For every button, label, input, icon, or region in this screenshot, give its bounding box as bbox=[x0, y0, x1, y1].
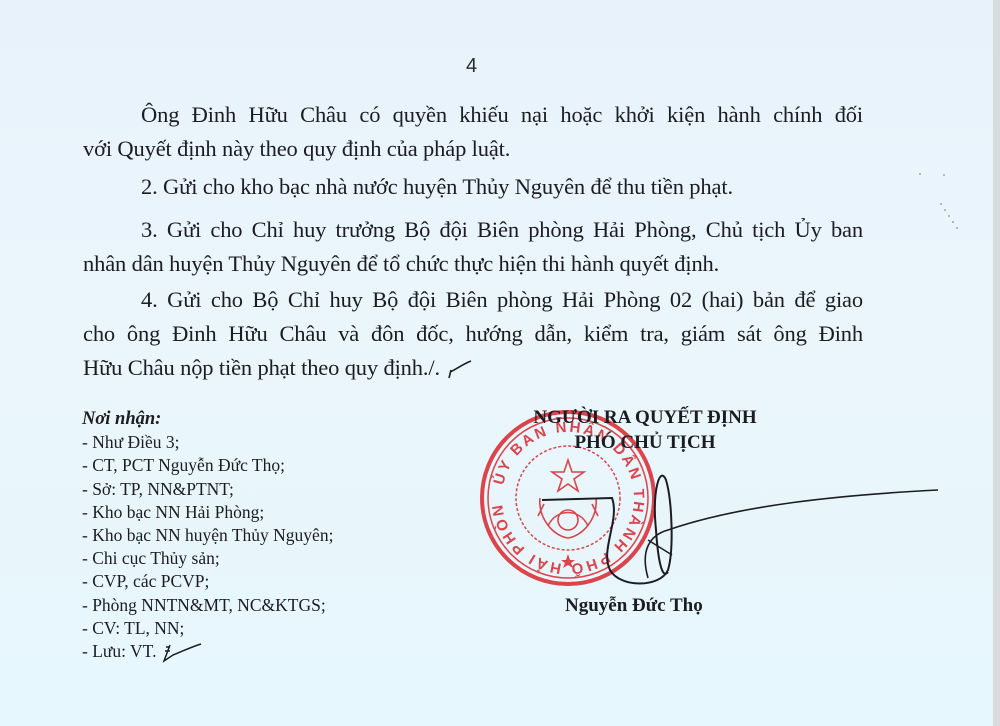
paragraph-line: Ông Đinh Hữu Châu có quyền khiếu nại hoặ… bbox=[83, 98, 863, 132]
recipient-text: - Lưu: VT. bbox=[82, 641, 156, 661]
recipient-item: - Kho bạc NN Hải Phòng; bbox=[82, 501, 333, 524]
scan-speck bbox=[940, 203, 942, 205]
scan-speck bbox=[944, 209, 946, 211]
recipient-item: - Sở: TP, NN&PTNT; bbox=[82, 478, 333, 501]
scan-speck bbox=[952, 221, 954, 223]
page-number: 4 bbox=[466, 55, 477, 78]
recipient-item-last: - Lưu: VT. bbox=[82, 640, 333, 663]
document-page: 4 Ông Đinh Hữu Châu có quyền khiếu nại h… bbox=[0, 0, 993, 726]
signer-position: PHÓ CHỦ TỊCH bbox=[490, 430, 800, 455]
scan-speck bbox=[956, 227, 958, 229]
handwritten-signature bbox=[540, 460, 940, 590]
recipient-item: - CV: TL, NN; bbox=[82, 617, 333, 640]
recipient-item: - Chi cục Thủy sản; bbox=[82, 547, 333, 570]
recipient-item: - Như Điều 3; bbox=[82, 431, 333, 454]
recipients-list: Nơi nhận: - Như Điều 3; - CT, PCT Nguyễn… bbox=[82, 408, 333, 663]
paragraph-item-2: 2. Gửi cho kho bạc nhà nước huyện Thủy N… bbox=[83, 170, 863, 204]
scan-speck bbox=[948, 215, 950, 217]
paragraph-line: nhân dân huyện Thủy Nguyên để tổ chức th… bbox=[83, 247, 863, 281]
recipient-item: - Phòng NNTN&MT, NC&KTGS; bbox=[82, 594, 333, 617]
recipients-title: Nơi nhận: bbox=[82, 408, 333, 431]
paragraph-line: 3. Gửi cho Chỉ huy trưởng Bộ đội Biên ph… bbox=[83, 213, 863, 247]
paragraph-line: với Quyết định này theo quy định của phá… bbox=[83, 132, 863, 166]
initial-mark-icon bbox=[161, 643, 203, 663]
scan-speck bbox=[919, 173, 921, 175]
recipient-item: - Kho bạc NN huyện Thủy Nguyên; bbox=[82, 524, 333, 547]
scan-speck bbox=[943, 174, 945, 176]
initial-mark-icon bbox=[445, 360, 473, 380]
paragraph-text: Hữu Châu nộp tiền phạt theo quy định./. bbox=[83, 355, 440, 380]
signer-name: Nguyễn Đức Thọ bbox=[565, 595, 703, 617]
paragraph-line: 4. Gửi cho Bộ Chỉ huy Bộ đội Biên phòng … bbox=[83, 283, 863, 317]
signature-block: NGƯỜI RA QUYẾT ĐỊNH PHÓ CHỦ TỊCH bbox=[490, 405, 800, 455]
paragraph-item-3: 3. Gửi cho Chỉ huy trưởng Bộ đội Biên ph… bbox=[83, 213, 863, 281]
paragraph-complaint-right: Ông Đinh Hữu Châu có quyền khiếu nại hoặ… bbox=[83, 98, 863, 166]
signer-role: NGƯỜI RA QUYẾT ĐỊNH bbox=[490, 405, 800, 430]
paragraph-line: cho ông Đinh Hữu Châu và đôn đốc, hướng … bbox=[83, 317, 863, 351]
paragraph-item-4: 4. Gửi cho Bộ Chỉ huy Bộ đội Biên phòng … bbox=[83, 283, 863, 385]
recipient-item: - CT, PCT Nguyễn Đức Thọ; bbox=[82, 454, 333, 477]
recipient-item: - CVP, các PCVP; bbox=[82, 570, 333, 593]
paragraph-line: 2. Gửi cho kho bạc nhà nước huyện Thủy N… bbox=[83, 170, 863, 204]
paragraph-line-last: Hữu Châu nộp tiền phạt theo quy định./. bbox=[83, 351, 863, 385]
page-edge bbox=[993, 0, 1000, 726]
